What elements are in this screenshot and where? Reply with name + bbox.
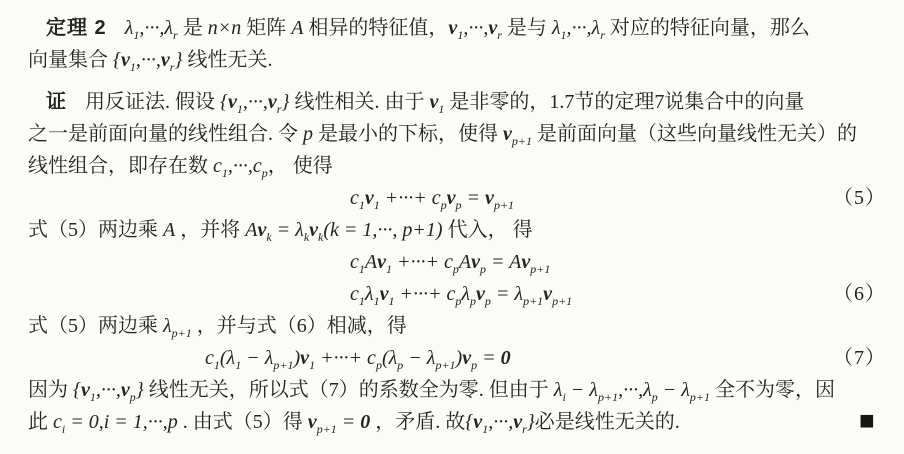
proof-label: 证 [46,91,67,113]
equation-5: c1v1 +···+ cpvp = vp+1 （5） [28,182,880,214]
proof-text-5: 式（5）两边乘 λp+1 ，并与式（6）相减，得 [28,315,407,337]
equation-7-number: （7） [833,342,880,374]
proof-line-4: 式（5）两边乘 A ，并将 Avk = λkvk(k = 1,···, p+1)… [28,214,880,246]
theorem-line-1: 定理 2λ1,···,λr 是 n×n 矩阵 A 相异的特征值，v1,···,v… [28,12,880,44]
equation-6-body: c1λ1v1 +···+ cpλpvp = λp+1vp+1 [350,283,572,305]
theorem-label: 定理 2 [46,17,107,39]
proof-text-1: 用反证法. 假设 {v1,···,vr} 线性相关. 由于 v1 是非零的，1.… [85,91,804,113]
equation-7-body: c1(λ1 − λp+1)v1 +···+ cp(λp − λp+1)vp = … [205,347,511,369]
theorem-text-1: λ1,···,λr 是 n×n 矩阵 A 相异的特征值，v1,···,vr 是与… [125,17,810,39]
equation-7: c1(λ1 − λp+1)v1 +···+ cp(λp − λp+1)vp = … [28,342,880,374]
theorem-line-2: 向量集合 {v1,···,vr} 线性无关. [28,44,880,76]
equation-6: c1λ1v1 +···+ cpλpvp = λp+1vp+1 （6） [28,278,880,310]
proof-line-3: 线性组合，即存在数 c1,···,cp， 使得 [28,150,880,182]
qed-square: ■ [859,411,878,430]
proof-text-3: 线性组合，即存在数 c1,···,cp， 使得 [28,155,333,177]
equation-6-number: （6） [833,278,880,310]
proof-line-6: 因为 {v1,···,vp} 线性无关，所以式（7）的系数全为零. 但由于 λi… [28,374,880,406]
proof-text-6: 因为 {v1,···,vp} 线性无关，所以式（7）的系数全为零. 但由于 λi… [28,379,835,401]
equation-6a-body: c1Av1 +···+ cpAvp = Avp+1 [350,251,550,273]
equation-5-body: c1v1 +···+ cpvp = vp+1 [350,187,514,209]
equation-6a: c1Av1 +···+ cpAvp = Avp+1 [28,246,880,278]
proof-text-7: 此 ci = 0,i = 1,···,p . 由式（5）得 vp+1 = 0 ，… [28,411,680,433]
textbook-page: 定理 2λ1,···,λr 是 n×n 矩阵 A 相异的特征值，v1,···,v… [0,0,904,454]
proof-line-5: 式（5）两边乘 λp+1 ，并与式（6）相减，得 [28,310,880,342]
proof-text-2: 之一是前面向量的线性组合. 令 p 是最小的下标，使得 vp+1 是前面向量（这… [28,123,857,145]
theorem-text-2: 向量集合 {v1,···,vr} 线性无关. [28,49,272,71]
proof-line-1: 证用反证法. 假设 {v1,···,vr} 线性相关. 由于 v1 是非零的，1… [28,86,880,118]
proof-text-4: 式（5）两边乘 A ，并将 Avk = λkvk(k = 1,···, p+1)… [28,219,533,241]
proof-line-7: 此 ci = 0,i = 1,···,p . 由式（5）得 vp+1 = 0 ，… [28,406,880,438]
proof-line-2: 之一是前面向量的线性组合. 令 p 是最小的下标，使得 vp+1 是前面向量（这… [28,118,880,150]
equation-5-number: （5） [833,182,880,214]
